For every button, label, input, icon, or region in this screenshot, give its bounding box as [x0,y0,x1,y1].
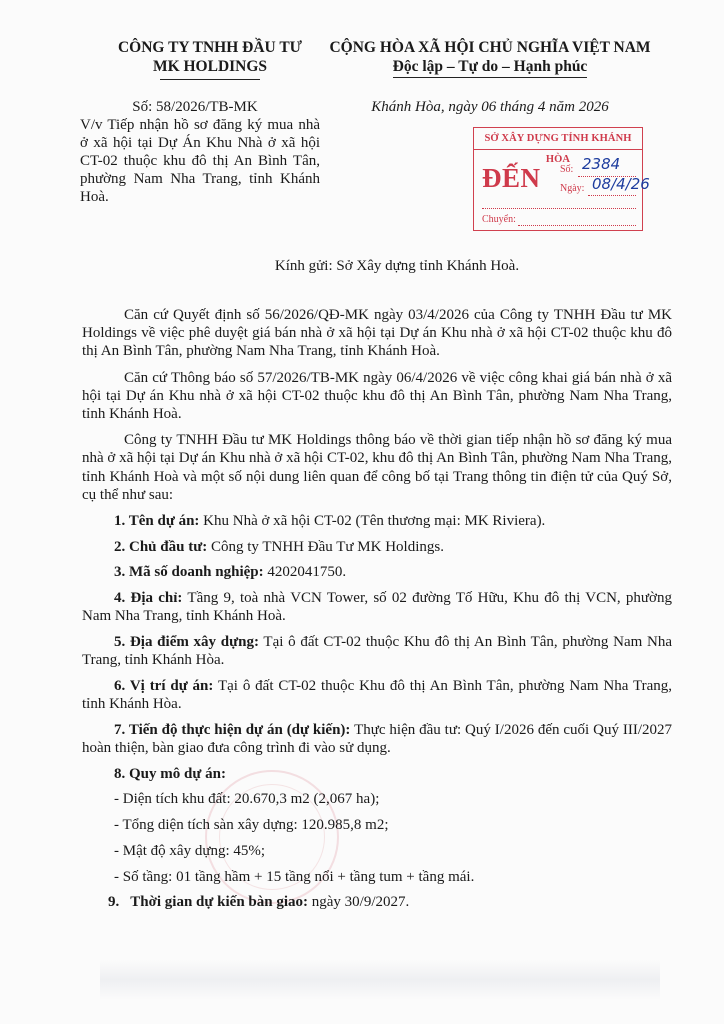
national-header: CỘNG HÒA XÃ HỘI CHỦ NGHĨA VIỆT NAM Độc l… [300,38,680,78]
item-address: 4. Địa chỉ: Tầng 9, toà nhà VCN Tower, s… [82,589,672,625]
scale-floors: - Số tầng: 01 tầng hầm + 15 tầng nổi + t… [82,868,672,886]
paragraph-announcement: Công ty TNHH Đầu tư MK Holdings thông bá… [82,431,672,504]
item-investor: 2. Chủ đầu tư: Công ty TNHH Đầu Tư MK Ho… [82,538,672,556]
document-body: Căn cứ Quyết định số 56/2026/QĐ-MK ngày … [82,306,672,919]
recipient-line: Kính gửi: Sở Xây dựng tỉnh Khánh Hoà. [0,258,724,275]
header-underline [160,79,260,80]
item-construction-site: 5. Địa điểm xây dựng: Tại ô đất CT-02 th… [82,633,672,669]
scale-land-area: - Diện tích khu đất: 20.670,3 m2 (2,067 … [82,790,672,808]
document-subject: V/v Tiếp nhận hồ sơ đăng ký mua nhà ở xã… [80,116,320,206]
paragraph-basis-2: Căn cứ Thông báo số 57/2026/TB-MK ngày 0… [82,369,672,424]
stamp-date-line [588,195,636,196]
document-page: CÔNG TY TNHH ĐẦU TƯ MK HOLDINGS CỘNG HÒA… [0,0,724,1024]
item-handover: 9. Thời gian dự kiến bàn giao: ngày 30/9… [82,893,672,911]
paragraph-basis-1: Căn cứ Quyết định số 56/2026/QĐ-MK ngày … [82,306,672,361]
item-business-code: 3. Mã số doanh nghiệp: 4202041750. [82,563,672,581]
stamp-date-value: 08/4/26 [592,175,650,193]
stamp-received-label: ĐẾN [482,163,541,194]
stamp-blank-line [482,208,636,209]
stamp-number-label: Số: [560,164,573,175]
item-project-name: 1. Tên dự án: Khu Nhà ở xã hội CT-02 (Tê… [82,512,672,530]
scale-floor-area: - Tổng diện tích sàn xây dựng: 120.985,8… [82,816,672,834]
stamp-agency: SỞ XÂY DỰNG TỈNH KHÁNH HÒA [474,128,642,150]
item-project-location: 6. Vị trí dự án: Tại ô đất CT-02 thuộc K… [82,677,672,713]
place-date: Khánh Hòa, ngày 06 tháng 4 năm 2026 [300,99,680,116]
stamp-forward-line [518,225,636,226]
stamp-forward-label: Chuyển: [482,214,516,225]
item-scale: 8. Quy mô dự án: [82,765,672,783]
scan-shadow [100,960,660,1000]
document-number: Số: 58/2026/TB-MK [80,98,320,116]
scale-density: - Mật độ xây dựng: 45%; [82,842,672,860]
stamp-date-label: Ngày: [560,183,584,194]
received-stamp: SỞ XÂY DỰNG TỈNH KHÁNH HÒA ĐẾN Số: 2384 … [473,127,643,231]
stamp-number-value: 2384 [582,155,620,173]
national-title: CỘNG HÒA XÃ HỘI CHỦ NGHĨA VIỆT NAM [300,38,680,57]
document-reference: Số: 58/2026/TB-MK V/v Tiếp nhận hồ sơ đă… [80,98,320,206]
item-schedule: 7. Tiến độ thực hiện dự án (dự kiến): Th… [82,721,672,757]
national-motto: Độc lập – Tự do – Hạnh phúc [393,57,588,78]
